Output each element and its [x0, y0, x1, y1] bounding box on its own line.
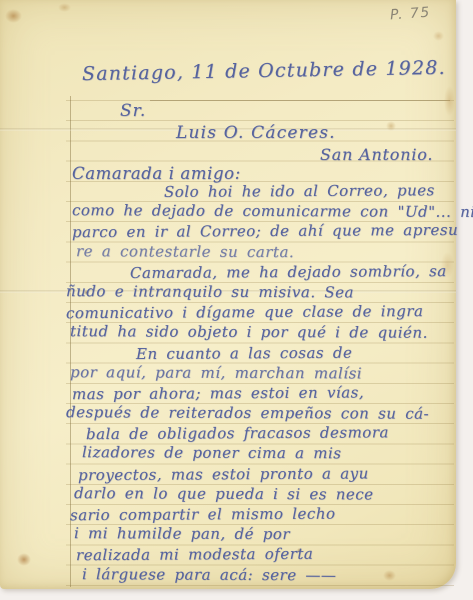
handwritten-line: después de reiterados empeños con su cá-	[66, 402, 460, 424]
handwritten-line: realizada mi modesta oferta	[76, 543, 460, 566]
handwritten-line: comunicativo i dígame que clase de ingra	[66, 301, 460, 324]
handwritten-line: proyectos, mas estoi pronto a ayu	[78, 462, 460, 485]
stain	[433, 31, 444, 41]
handwritten-line: ñudo e intranquilo su misiva. Sea	[66, 281, 460, 303]
handwritten-line: En cuanto a las cosas de	[136, 342, 460, 364]
letter-body: Solo hoi he ido al Correo, pues como he …	[64, 181, 460, 585]
handwritten-line: por aquí, para mí, marchan malísi	[70, 362, 460, 384]
handwritten-line: sario compartir el mismo lecho	[70, 503, 460, 526]
handwritten-line: parco en ir al Correo; de ahí que me apr…	[72, 220, 460, 243]
handwritten-line: lizadores de poner cima a mis	[82, 443, 460, 465]
handwritten-line: i mi humilde pan, dé por	[74, 523, 460, 545]
handwritten-line: i lárguese para acá: sere ——	[82, 564, 460, 586]
handwritten-line: mas por ahora; mas estoi en vías,	[72, 382, 460, 405]
handwritten-line: bala de obligados fracasos desmora	[86, 422, 460, 444]
handwritten-line: re a contestarle su carta.	[76, 241, 460, 263]
recipient-place: San Antonio.	[320, 145, 433, 164]
stain	[58, 3, 71, 12]
stain	[444, 86, 455, 116]
handwritten-line: Camarada, me ha dejado sombrío, sa	[130, 261, 460, 283]
stain	[386, 121, 396, 131]
handwritten-line: titud ha sido objeto i por qué i de quié…	[70, 321, 460, 343]
salutation: Sr.	[120, 101, 146, 121]
date-underline	[150, 100, 450, 101]
stain	[17, 553, 31, 566]
handwritten-line: Solo hoi he ido al Correo, pues	[164, 180, 460, 202]
pencil-page-number: P. 75	[389, 5, 431, 24]
handwritten-line: como he dejado de comunicarme con "Ud"..…	[72, 200, 460, 222]
stain	[5, 9, 22, 23]
letter-scan: P. 75 Santiago, 11 de Octubre de 1928. S…	[0, 0, 473, 600]
recipient-name: Luis O. Cáceres.	[176, 123, 336, 143]
handwritten-line: darlo en lo que pueda i si es nece	[74, 483, 460, 505]
